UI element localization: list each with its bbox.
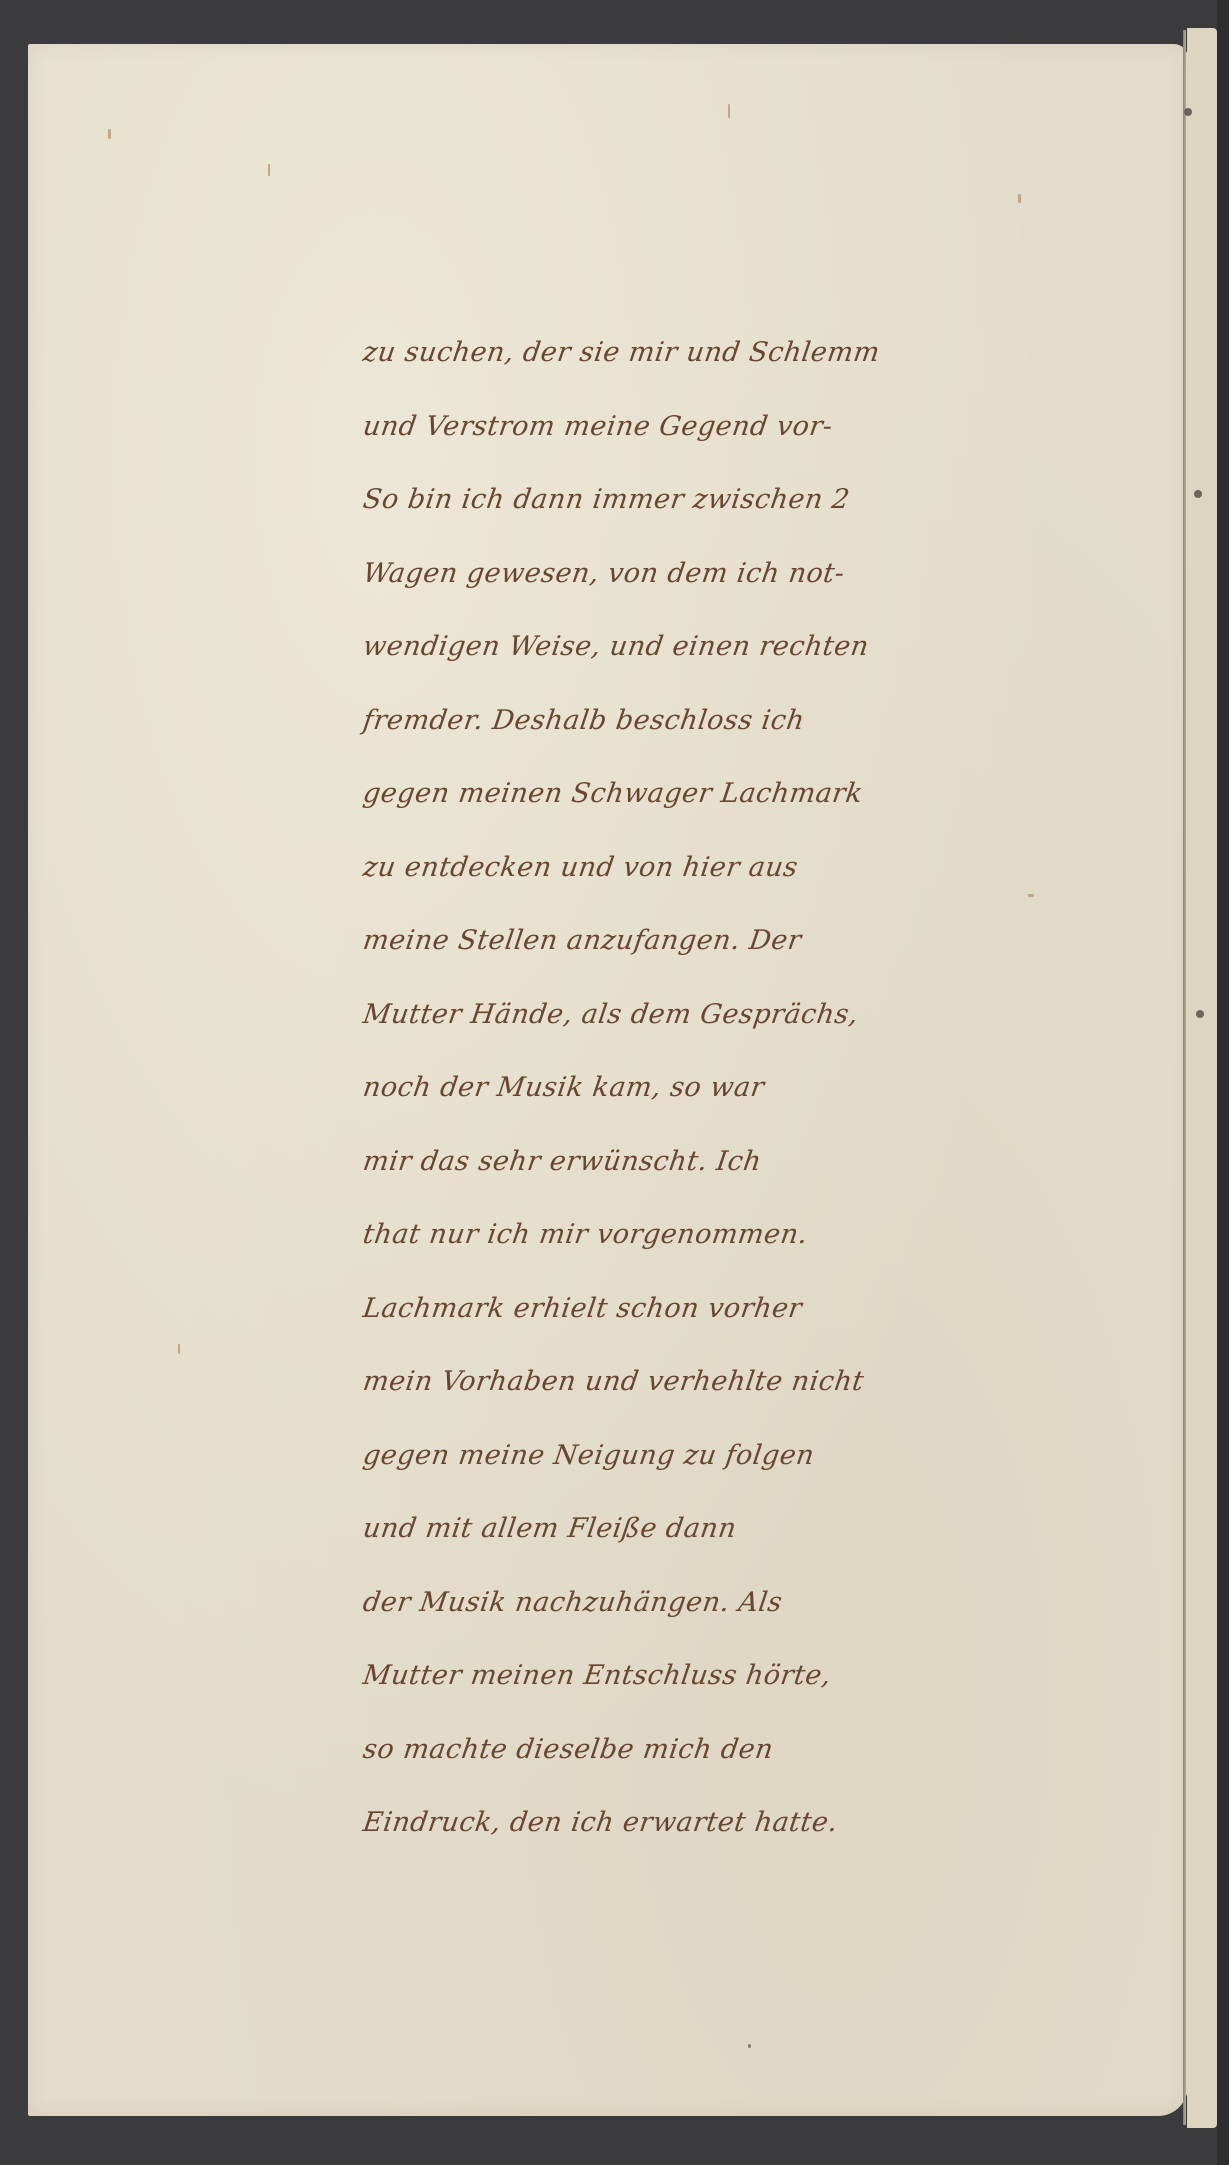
text-line: fremder. Deshalb beschloss ich	[358, 684, 1128, 758]
paper-speck	[1018, 194, 1021, 203]
text-line: that nur ich mir vorgenommen.	[358, 1198, 1128, 1272]
book-cover-edge	[1217, 0, 1229, 2165]
text-line: wendigen Weise, und einen rechten	[358, 610, 1128, 684]
binding-hole	[1196, 1010, 1204, 1018]
text-line: und mit allem Fleiße dann	[358, 1492, 1128, 1566]
paper-speck	[1028, 894, 1034, 897]
text-line: Lachmark erhielt schon vorher	[358, 1272, 1128, 1346]
paper-speck	[268, 164, 270, 176]
text-line: Wagen gewesen, von dem ich not-	[358, 537, 1128, 611]
paper-speck	[178, 1344, 180, 1354]
paper-speck	[108, 129, 111, 139]
text-line: gegen meine Neigung zu folgen	[358, 1419, 1128, 1493]
page-fold-line	[1183, 30, 1186, 2125]
text-line: noch der Musik kam, so war	[358, 1051, 1128, 1125]
text-line: zu entdecken und von hier aus	[358, 831, 1128, 905]
text-line: der Musik nachzuhängen. Als	[358, 1566, 1128, 1640]
text-line: mir das sehr erwünscht. Ich	[358, 1125, 1128, 1199]
text-line: Mutter Hände, als dem Gesprächs,	[358, 978, 1128, 1052]
text-line: so machte dieselbe mich den	[358, 1713, 1128, 1787]
binding-hole	[1184, 108, 1192, 116]
paper-speck	[728, 104, 730, 118]
text-line: gegen meinen Schwager Lachmark	[358, 757, 1128, 831]
paper-speck	[748, 2044, 751, 2048]
handwritten-text-block: zu suchen, der sie mir und Schlemm und V…	[358, 316, 1118, 1860]
manuscript-page: zu suchen, der sie mir und Schlemm und V…	[28, 44, 1188, 2116]
text-line: und Verstrom meine Gegend vor-	[358, 390, 1128, 464]
text-line: zu suchen, der sie mir und Schlemm	[358, 316, 1128, 390]
text-line: So bin ich dann immer zwischen 2	[358, 463, 1128, 537]
adjacent-page-edge	[1187, 28, 1217, 2128]
binding-hole	[1194, 490, 1202, 498]
text-line: meine Stellen anzufangen. Der	[358, 904, 1128, 978]
text-line: Mutter meinen Entschluss hörte,	[358, 1639, 1128, 1713]
text-line: Eindruck, den ich erwartet hatte.	[358, 1786, 1128, 1860]
text-line: mein Vorhaben und verhehlte nicht	[358, 1345, 1128, 1419]
